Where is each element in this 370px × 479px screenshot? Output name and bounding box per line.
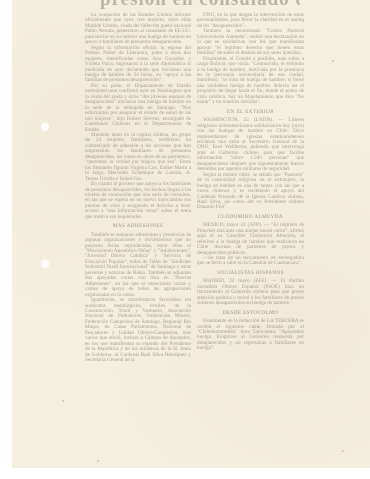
paper-speck — [97, 460, 99, 462]
paragraph: MADRID, 22 mayo (EFE). — El Partido Soci… — [197, 279, 304, 306]
paper-speck — [62, 400, 64, 402]
paragraph: WASHINGTON, 22 (LATIN). — Líderes religi… — [197, 118, 304, 173]
paragraph: MEXICO, mayo 22 (AFP). — "El régimen de … — [197, 223, 304, 256]
punch-hole — [41, 123, 49, 131]
paragraph: Mientras tanto en la capital chilena, un… — [85, 133, 191, 182]
subheading-mas-adhesiones: MAS ADHESIONES — [85, 224, 191, 229]
paragraph: También se sumaron adhesiones y presenci… — [85, 233, 191, 298]
paragraph: Finalmente, el Comité a posibles, más so… — [197, 57, 304, 106]
paragraph: La ocupación de las Estados Unidos infor… — [85, 13, 191, 46]
paragraph: Por su parte, el Departamento de Estado … — [85, 84, 191, 133]
paragraph: En cuanto al proceso que apoya a los fam… — [85, 182, 191, 220]
subheading-desde-estocolmo: DESDE ESTOCOLMO — [197, 311, 304, 316]
left-column: La ocupación de las Estados Unidos infor… — [85, 13, 191, 364]
paragraph: Finalmente en la redacción de LA TERCERA… — [197, 319, 304, 352]
headline: presión en consulado de USA — [100, 0, 300, 9]
paragraph: Según la información oficial, la esposa … — [85, 46, 191, 84]
paragraph: ONU, en la que alegan la intervención de… — [197, 13, 304, 29]
newspaper-clipping — [12, 0, 370, 468]
paper-speck — [332, 60, 334, 62]
subheading-clodomiro-almeyda: CLODOMIRO ALMEYDA — [197, 215, 304, 220]
subheading-socialistas-hispanos: SOCIALISTAS HISPANOS — [197, 271, 304, 276]
right-column: ONU, en la que alegan la intervención de… — [197, 13, 304, 352]
paragraph: Igualmente, se manifestaron favorables l… — [85, 298, 191, 363]
paragraph: —Se trata de un movimiento de envergadur… — [197, 256, 304, 267]
paragraph: Según el mismo cable, se señala que "Pas… — [197, 173, 304, 211]
subheading-en-el-exterior: EN EL EXTERIOR — [197, 110, 304, 115]
punch-hole — [41, 260, 49, 268]
paragraph: También la denominada "Centro Pastoral U… — [197, 29, 304, 56]
paper-speck — [342, 450, 344, 452]
